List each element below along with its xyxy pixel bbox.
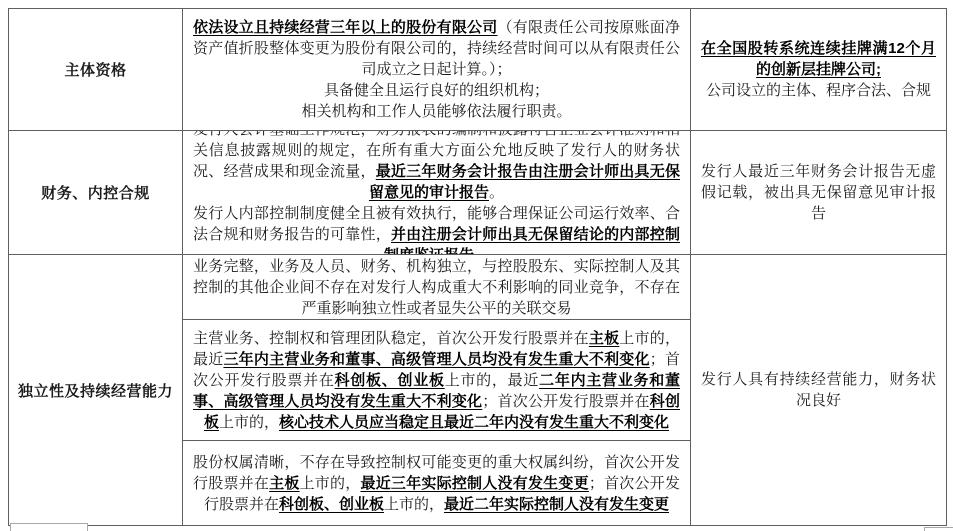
emphasized-text: 三年内主营业务和董事、高级管理人员均没有发生重大不利变化 <box>223 351 649 368</box>
paragraph: 依法设立且持续经营三年以上的股份有限公司（有限责任公司按原账面净资产值折股整体变… <box>193 17 680 80</box>
paragraph: 主营业务、控制权和管理团队稳定，首次公开发行股票并在主板上市的，最近三年内主营业… <box>193 328 680 433</box>
paragraph: 发行人内部控制制度健全且被有效执行，能够合理保证公司运行效率、合法合规和财务报告… <box>193 203 680 255</box>
next-table-cutoff-right <box>924 527 953 531</box>
paragraph: 具备健全且运行良好的组织机构； <box>193 80 680 101</box>
body-text: 上市的， <box>300 475 361 492</box>
emphasized-text: 科创板、创业板 <box>279 496 384 513</box>
emphasized-text: 主板 <box>589 330 619 347</box>
body-text: 上市的， <box>219 414 279 431</box>
cell-independence-ownership: 股份权属清晰，不存在导致控制权可能变更的重大权属纠纷，首次公开发行股票并在主板上… <box>183 441 690 525</box>
paragraph: 相关机构和工作人员能够依法履行职责。 <box>193 101 680 122</box>
emphasized-text: 最近三年实际控制人没有发生变更 <box>360 475 588 492</box>
row-label-independence-going-concern: 独立性及持续经营能力 <box>9 255 183 525</box>
cell-independence-extra: 发行人具有持续经营能力，财务状况良好 <box>691 255 946 525</box>
paragraph: 在全国股转系统连续挂牌满12个月的创新层挂牌公司; <box>701 38 936 80</box>
body-text: 主营业务、控制权和管理团队稳定，首次公开发行股票并在 <box>193 330 589 347</box>
cell-independence-business: 业务完整，业务及人员、财务、机构独立，与控股股东、实际控制人及其控制的其他企业间… <box>183 255 690 320</box>
paragraph: 业务完整，业务及人员、财务、机构独立，与控股股东、实际控制人及其控制的其他企业间… <box>193 256 680 319</box>
body-text: 公司设立的主体、程序合法、合规 <box>706 82 931 99</box>
cell-finance-requirements: 发行人会计基础工作规范，财务报表的编制和披露符合企业会计准则和相关信息披露规则的… <box>183 131 691 255</box>
cell-independence-stability: 主营业务、控制权和管理团队稳定，首次公开发行股票并在主板上市的，最近三年内主营业… <box>183 320 690 441</box>
cell-subject-requirements: 依法设立且持续经营三年以上的股份有限公司（有限责任公司按原账面净资产值折股整体变… <box>183 9 691 131</box>
listing-requirements-table: 主体资格 依法设立且持续经营三年以上的股份有限公司（有限责任公司按原账面净资产值… <box>8 8 947 526</box>
body-text: 相关机构和工作人员能够依法履行职责。 <box>301 103 571 120</box>
body-text: 业务完整，业务及人员、财务、机构独立，与控股股东、实际控制人及其控制的其他企业间… <box>193 258 680 317</box>
paragraph: 发行人具有持续经营能力，财务状况良好 <box>701 369 936 411</box>
emphasized-text: 依法设立且持续经营三年以上的股份有限公司 <box>193 19 498 36</box>
body-text: 。 <box>489 184 504 201</box>
cell-subject-extra: 在全国股转系统连续挂牌满12个月的创新层挂牌公司;公司设立的主体、程序合法、合规 <box>691 9 946 131</box>
body-text: 上市的，最近 <box>445 372 539 389</box>
row-label-text: 独立性及持续经营能力 <box>18 380 173 401</box>
paragraph: 发行人会计基础工作规范，财务报表的编制和披露符合企业会计准则和相关信息披露规则的… <box>193 131 680 203</box>
next-table-cutoff-left <box>10 523 88 531</box>
emphasized-text: 科创板、创业板 <box>335 372 445 389</box>
body-text: 上市的， <box>384 496 444 513</box>
cell-finance-extra: 发行人最近三年财务会计报告无虚假记载，被出具无保留意见审计报告 <box>691 131 946 255</box>
row-label-text: 财务、内控合规 <box>41 182 150 203</box>
body-text: 发行人具有持续经营能力，财务状况良好 <box>701 371 936 409</box>
emphasized-text: 最近二年实际控制人没有发生变更 <box>444 496 669 513</box>
cell-independence-group: 业务完整，业务及人员、财务、机构独立，与控股股东、实际控制人及其控制的其他企业间… <box>183 255 691 525</box>
emphasized-text: 最近三年财务会计报告由注册会计师出具无保留意见的审计报告 <box>369 163 680 201</box>
emphasized-text: 在全国股转系统连续挂牌满12个月的创新层挂牌公司; <box>701 40 936 78</box>
emphasized-text: 并由注册会计师出具无保留结论的内部控制制度鉴证报告 <box>384 226 680 255</box>
body-text: 发行人最近三年财务会计报告无虚假记载，被出具无保留意见审计报告 <box>701 163 936 222</box>
paragraph: 股份权属清晰，不存在导致控制权可能变更的重大权属纠纷，首次公开发行股票并在主板上… <box>193 452 680 515</box>
paragraph: 发行人最近三年财务会计报告无虚假记载，被出具无保留意见审计报告 <box>701 161 936 224</box>
row-label-finance-internal-control: 财务、内控合规 <box>9 131 183 255</box>
row-label-text: 主体资格 <box>64 59 126 80</box>
body-text: 。 <box>474 247 489 255</box>
body-text: 具备健全且运行良好的组织机构； <box>324 82 549 99</box>
emphasized-text: 核心技术人员应当稳定且最近二年内没有发生重大不利变化 <box>279 414 669 431</box>
row-label-subject-qualification: 主体资格 <box>9 9 183 131</box>
body-text: ；首次公开发行股票并在 <box>482 393 649 410</box>
paragraph: 公司设立的主体、程序合法、合规 <box>701 80 936 101</box>
emphasized-text: 主板 <box>269 475 299 492</box>
